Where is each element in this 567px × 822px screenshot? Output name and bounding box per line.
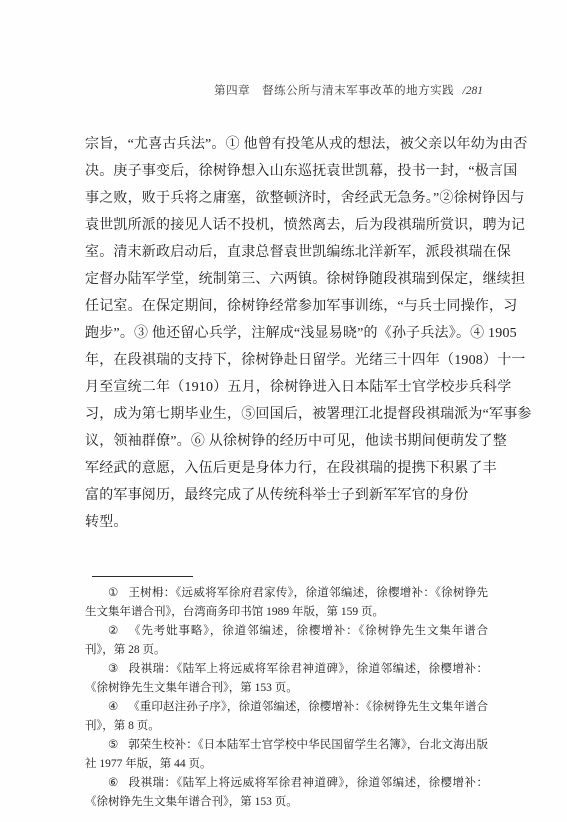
footnote-text: 段祺瑞：《陆军上将远威将军徐君神道碑》，徐道邻编述，徐樱增补：《徐树铮先生文集年…	[85, 777, 488, 808]
page-number: /281	[463, 85, 483, 97]
body-line: 事之败，败于兵将之庸塞，欲整顿济时，舍经武无急务。”②徐树铮因与	[85, 185, 483, 212]
footnote-marker: ⑤	[108, 739, 118, 751]
footnote: ①王树枏：《远威将军徐府君家传》，徐道邻编述，徐樱增补：《徐树铮先生文集年谱合刊…	[85, 584, 488, 622]
footnote-text: 《重印赵注孙子序》，徐道邻编述，徐樱增补：《徐树铮先生文集年谱合刊》，第 8 页…	[85, 701, 488, 732]
footnote: ⑥段祺瑞：《陆军上将远威将军徐君神道碑》，徐道邻编述，徐樱增补：《徐树铮先生文集…	[85, 774, 488, 812]
body-line: 决。庚子事变后，徐树铮想入山东巡抚袁世凯幕，投书一封，“极言国	[85, 158, 483, 185]
footnote-marker: ①	[108, 587, 119, 599]
footnote-marker: ②	[108, 625, 119, 637]
body-line: 习，成为第七期毕业生，⑤回国后，被署理江北提督段祺瑞派为“军事参	[85, 401, 483, 428]
footnote: ③段祺瑞：《陆军上将远威将军徐君神道碑》，徐道邻编述，徐樱增补：《徐树铮先生文集…	[85, 660, 488, 698]
footnote-marker: ③	[108, 663, 119, 675]
body-line: 室。清末新政启动后，直隶总督袁世凯编练北洋新军，派段祺瑞在保	[85, 239, 483, 266]
body-line: 任记室。在保定期间，徐树铮经常参加军事训练，“与兵士同操作，习	[85, 293, 483, 320]
footnote: ④《重印赵注孙子序》，徐道邻编述，徐樱增补：《徐树铮先生文集年谱合刊》，第 8 …	[85, 698, 488, 736]
footnote-text: 郭荣生校补：《日本陆军士官学校中华民国留学生名簿》，台北文海出版社 1977 年…	[85, 739, 488, 770]
body-line: 宗旨，“尤喜古兵法”。① 他曾有投笔从戎的想法，被父亲以年幼为由否	[85, 131, 483, 158]
body-line: 跑步”。③ 他还留心兵学，注解成“浅显易晓”的《孙子兵法》。④ 1905	[85, 320, 483, 347]
body-paragraph: 宗旨，“尤喜古兵法”。① 他曾有投笔从戎的想法，被父亲以年幼为由否 决。庚子事变…	[85, 131, 483, 536]
body-line: 年，在段祺瑞的支持下，徐树铮赴日留学。光绪三十四年（1908）十一	[85, 347, 483, 374]
body-line: 袁世凯所派的接见人话不投机，愤然离去，后为段祺瑞所赏识，聘为记	[85, 212, 483, 239]
footnote-text: 王树枏：《远威将军徐府君家传》，徐道邻编述，徐樱增补：《徐树铮先生文集年谱合刊》…	[85, 587, 488, 618]
footnote-marker: ④	[108, 701, 118, 713]
body-line: 定督办陆军学堂，统制第三、六两镇。徐树铮随段祺瑞到保定，继续担	[85, 266, 483, 293]
page-header: 第四章 督练公所与清末军事改革的地方实践 /281	[85, 82, 483, 98]
body-line: 富的军事阅历，最终完成了从传统科举士子到新军军官的身份	[85, 482, 483, 509]
body-line: 议，领袖群僚”。⑥ 从徐树铮的经历中可见，他读书期间便萌发了整	[85, 428, 483, 455]
footnote-text: 《先考妣事略》，徐道邻编述，徐樱增补：《徐树铮先生文集年谱合刊》，第 28 页。	[85, 625, 488, 656]
body-line: 军经武的意愿，入伍后更是身体力行，在段祺瑞的提携下积累了丰	[85, 455, 483, 482]
footnote-marker: ⑥	[108, 777, 119, 789]
footnote: ②《先考妣事略》，徐道邻编述，徐樱增补：《徐树铮先生文集年谱合刊》，第 28 页…	[85, 622, 488, 660]
body-line: 转型。	[85, 509, 483, 536]
chapter-title: 第四章 督练公所与清末军事改革的地方实践	[214, 85, 454, 97]
footnotes-block: ①王树枏：《远威将军徐府君家传》，徐道邻编述，徐樱增补：《徐树铮先生文集年谱合刊…	[85, 584, 488, 812]
footnote-text: 段祺瑞：《陆军上将远威将军徐君神道碑》，徐道邻编述，徐樱增补：《徐树铮先生文集年…	[85, 663, 488, 694]
body-line: 月至宣统二年（1910）五月，徐树铮进入日本陆军士官学校步兵科学	[85, 374, 483, 401]
footnote-separator	[92, 576, 193, 577]
book-page: 第四章 督练公所与清末军事改革的地方实践 /281 宗旨，“尤喜古兵法”。① 他…	[0, 0, 567, 822]
footnote: ⑤郭荣生校补：《日本陆军士官学校中华民国留学生名簿》，台北文海出版社 1977 …	[85, 736, 488, 774]
